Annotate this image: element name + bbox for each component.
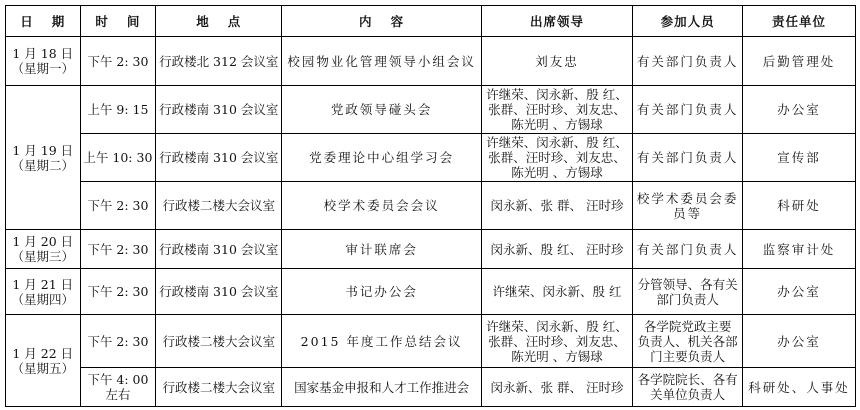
leaders-cell: 许继荣、闵永新、殷 红、张群、汪时珍、刘友忠、陈光明 、方锡球 — [481, 86, 632, 134]
table-row: 1 月 22 日（星期五） 下午 2: 30 行政楼二楼大会议室 2015 年度… — [6, 315, 856, 368]
place-cell: 行政楼二楼大会议室 — [156, 368, 282, 407]
time-cell: 下午 2: 30 — [80, 182, 156, 230]
header-unit: 责任单位 — [743, 6, 856, 37]
table-row: 1 月 18 日（星期一） 下午 2: 30 行政楼北 312 会议室 校园物业… — [6, 37, 856, 86]
content-cell: 校学术委员会会议 — [282, 182, 482, 230]
attendees-cell: 校学术委员会委员等 — [633, 182, 743, 230]
place-cell: 行政楼二楼大会议室 — [156, 182, 282, 230]
time-cell: 下午 2: 30 — [80, 315, 156, 368]
table-row: 下午 2: 30 行政楼二楼大会议室 校学术委员会会议 闵永新、张 群、 汪时珍… — [6, 182, 856, 230]
place-cell: 行政楼南 310 会议室 — [156, 86, 282, 134]
attendees-cell: 各学院院长、各有关单位负责人 — [633, 368, 743, 407]
unit-cell: 后勤管理处 — [743, 37, 856, 86]
leaders-cell: 许继荣、闵永新、殷 红 — [481, 269, 632, 315]
content-cell: 党委理论中心组学习会 — [282, 134, 482, 182]
attendees-cell: 有关部门负责人 — [633, 134, 743, 182]
date-cell: 1 月 18 日（星期一） — [6, 37, 81, 86]
date-cell: 1 月 20 日（星期三） — [6, 230, 81, 269]
place-cell: 行政楼北 312 会议室 — [156, 37, 282, 86]
table-row: 1 月 20 日（星期三） 下午 2: 30 行政楼南 310 会议室 审计联席… — [6, 230, 856, 269]
place-cell: 行政楼南 310 会议室 — [156, 269, 282, 315]
leaders-cell: 闵永新、张 群、 汪时珍 — [481, 368, 632, 407]
table-row: 上午 10: 30 行政楼南 310 会议室 党委理论中心组学习会 许继荣、闵永… — [6, 134, 856, 182]
attendees-cell: 分管领导、各有关部门负责人 — [633, 269, 743, 315]
attendees-cell: 有关部门负责人 — [633, 37, 743, 86]
date-cell: 1 月 21 日（星期四） — [6, 269, 81, 315]
content-cell: 国家基金申报和人才工作推进会 — [282, 368, 482, 407]
content-cell: 审计联席会 — [282, 230, 482, 269]
unit-cell: 办公室 — [743, 315, 856, 368]
time-cell: 下午 2: 30 — [80, 269, 156, 315]
attendees-cell: 有关部门负责人 — [633, 86, 743, 134]
unit-cell: 科研处、人事处 — [743, 368, 856, 407]
time-cell: 下午 4: 00左右 — [80, 368, 156, 407]
unit-cell: 办公室 — [743, 269, 856, 315]
header-time: 时间 — [80, 6, 156, 37]
time-cell: 下午 2: 30 — [80, 37, 156, 86]
content-cell: 党政领导碰头会 — [282, 86, 482, 134]
date-cell: 1 月 19 日（星期二） — [6, 86, 81, 230]
header-attendees: 参加人员 — [633, 6, 743, 37]
content-cell: 校园物业化管理领导小组会议 — [282, 37, 482, 86]
unit-cell: 宣传部 — [743, 134, 856, 182]
content-cell: 书记办公会 — [282, 269, 482, 315]
attendees-cell: 有关部门负责人 — [633, 230, 743, 269]
leaders-cell: 刘友忠 — [481, 37, 632, 86]
unit-cell: 办公室 — [743, 86, 856, 134]
header-date: 日期 — [6, 6, 81, 37]
place-cell: 行政楼南 310 会议室 — [156, 230, 282, 269]
header-row: 日期 时间 地点 内容 出席领导 参加人员 责任单位 — [6, 6, 856, 37]
time-cell: 上午 10: 30 — [80, 134, 156, 182]
header-place: 地点 — [156, 6, 282, 37]
time-cell: 上午 9: 15 — [80, 86, 156, 134]
table-row: 1 月 19 日（星期二） 上午 9: 15 行政楼南 310 会议室 党政领导… — [6, 86, 856, 134]
unit-cell: 监察审计处 — [743, 230, 856, 269]
place-cell: 行政楼二楼大会议室 — [156, 315, 282, 368]
table-row: 下午 4: 00左右 行政楼二楼大会议室 国家基金申报和人才工作推进会 闵永新、… — [6, 368, 856, 407]
place-cell: 行政楼南 310 会议室 — [156, 134, 282, 182]
leaders-cell: 许继荣、闵永新、殷 红、张群、汪时珍、刘友忠、陈光明 、方锡球 — [481, 315, 632, 368]
unit-cell: 科研处 — [743, 182, 856, 230]
header-leaders: 出席领导 — [481, 6, 632, 37]
leaders-cell: 许继荣、闵永新、殷 红、张群、汪时珍、刘友忠、陈光明 、方锡球 — [481, 134, 632, 182]
header-content: 内容 — [282, 6, 482, 37]
time-cell: 下午 2: 30 — [80, 230, 156, 269]
meeting-schedule-table: 日期 时间 地点 内容 出席领导 参加人员 责任单位 1 月 18 日（星期一）… — [5, 5, 856, 407]
attendees-cell: 各学院党政主要负责人、机关各部门主要负责人 — [633, 315, 743, 368]
content-cell: 2015 年度工作总结会议 — [282, 315, 482, 368]
leaders-cell: 闵永新、殷 红、 汪时珍 — [481, 230, 632, 269]
table-row: 1 月 21 日（星期四） 下午 2: 30 行政楼南 310 会议室 书记办公… — [6, 269, 856, 315]
date-cell: 1 月 22 日（星期五） — [6, 315, 81, 407]
leaders-cell: 闵永新、张 群、 汪时珍 — [481, 182, 632, 230]
